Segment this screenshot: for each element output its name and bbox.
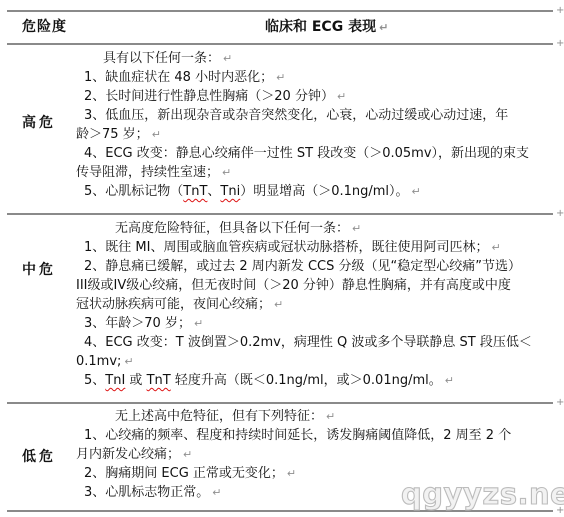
paragraph-mark-icon: ↵: [326, 410, 335, 423]
text-segment: 2、长时间进行性静息性胸痛（＞20 分钟）: [84, 89, 334, 104]
paragraph-mark-icon: ↵: [287, 467, 296, 480]
site-watermark: qgyyzs.net: [401, 477, 564, 511]
text-segment: 无高度危险特征，但具备以下任何一条：: [115, 221, 349, 236]
paragraph-mark-icon: ↵: [337, 90, 346, 103]
text-segment: 或: [125, 373, 146, 388]
paragraph-mark-icon: ↵: [222, 166, 231, 179]
text-segment: 5、: [84, 373, 105, 388]
text-segment: 无上述高中危特征，但有下列特征：: [115, 409, 323, 424]
paragraph-mark-icon: ↵: [124, 355, 133, 368]
content-line: 3、年龄＞70 岁；↵: [76, 314, 560, 333]
content-line: 4、ECG 改变：静息心绞痛伴一过性 ST 段改变（＞0.05mv），新出现的束…: [76, 144, 560, 163]
content-line: 4、ECG 改变：T 波倒置＞0.2mv，病理性 Q 波或多个导联静息 ST 段…: [76, 333, 560, 352]
content-line: 1、缺血症状在 48 小时内恶化；↵: [76, 68, 560, 87]
text-segment: 1、心绞痛的频率、程度和持续时间延长，诱发胸痛阈值降低，2 周至 2 个: [84, 428, 511, 443]
text-segment: 1、缺血症状在 48 小时内恶化；: [84, 70, 273, 85]
risk-label-medium: 中危: [22, 259, 56, 279]
text-segment: 月内新发心绞痛；: [76, 447, 180, 462]
row-end-marker: +: [556, 6, 564, 16]
misspelled-word: TnT: [147, 373, 171, 388]
text-segment: 具有以下任何一条：: [103, 51, 220, 66]
content-line: 无高度危险特征，但具备以下任何一条：↵: [76, 219, 560, 238]
content-line: 5、TnI 或 TnT 轻度升高（既＜0.1ng/ml，或＞0.01ng/ml。…: [76, 371, 560, 390]
text-segment: 3、年龄＞70 岁；: [84, 316, 191, 331]
paragraph-mark-icon: ↵: [412, 185, 421, 198]
paragraph-mark-icon: ↵: [445, 374, 454, 387]
header-bottom-border: [7, 43, 553, 45]
content-line: 5、心肌标记物（TnT、Tni）明显增高（＞0.1ng/ml）。↵: [76, 182, 560, 201]
content-line: 无上述高中危特征，但有下列特征：↵: [76, 407, 560, 426]
header-clinical-text: 临床和 ECG 表现: [265, 19, 376, 35]
content-line: 1、心绞痛的频率、程度和持续时间延长，诱发胸痛阈值降低，2 周至 2 个: [76, 426, 560, 445]
content-line: 月内新发心绞痛；↵: [76, 445, 560, 464]
high-risk-criteria-cell: 具有以下任何一条：↵1、缺血症状在 48 小时内恶化；↵2、长时间进行性静息性胸…: [76, 49, 560, 201]
text-segment: 2、静息痛已缓解，或过去 2 周内新发 CCS 分级（见“稳定型心绞痛”节选）: [84, 259, 521, 274]
medium-risk-criteria-cell: 无高度危险特征，但具备以下任何一条：↵1、既往 MI、周围或脑血管疾病或冠状动脉…: [76, 219, 560, 390]
paragraph-mark-icon: ↵: [352, 222, 361, 235]
table-top-border: [7, 10, 553, 12]
header-clinical-column-label: 临床和 ECG 表现↵: [265, 16, 388, 36]
text-segment: ）明显增高（＞0.1ng/ml）。: [240, 184, 408, 199]
content-line: 2、静息痛已缓解，或过去 2 周内新发 CCS 分级（见“稳定型心绞痛”节选）: [76, 257, 560, 276]
text-segment: 3、低血压，新出现杂音或杂音突然变化，心衰，心动过缓或心动过速，年: [84, 108, 508, 123]
text-segment: III级或IV级心绞痛，但无夜时间（＞20 分钟）静息性胸痛，并有高度或中度: [76, 278, 511, 293]
content-line: 1、既往 MI、周围或脑血管疾病或冠状动脉搭桥，既往使用阿司匹林；↵: [76, 238, 560, 257]
text-segment: 轻度升高（既＜0.1ng/ml，或＞0.01ng/ml。: [171, 373, 442, 388]
paragraph-mark-icon: ↵: [212, 486, 221, 499]
risk-label-low: 低危: [22, 446, 56, 466]
content-line: 3、低血压，新出现杂音或杂音突然变化，心衰，心动过缓或心动过速，年: [76, 106, 560, 125]
paragraph-mark-icon: ↵: [223, 52, 232, 65]
content-line: 龄＞75 岁；↵: [76, 125, 560, 144]
content-line: III级或IV级心绞痛，但无夜时间（＞20 分钟）静息性胸痛，并有高度或中度: [76, 276, 560, 295]
paragraph-mark-icon: ↵: [379, 21, 388, 34]
row-end-marker: +: [556, 39, 564, 49]
high-mid-row-divider: [7, 213, 553, 215]
text-segment: 龄＞75 岁；: [76, 127, 149, 142]
content-line: 传导阻滞，持续性室速；↵: [76, 163, 560, 182]
content-line: 具有以下任何一条：↵: [76, 49, 560, 68]
misspelled-word: TnI: [105, 373, 125, 388]
paragraph-mark-icon: ↵: [276, 71, 285, 84]
paragraph-mark-icon: ↵: [194, 317, 203, 330]
paragraph-mark-icon: ↵: [274, 298, 283, 311]
content-line: 冠状动脉疾病可能，夜间心绞痛；↵: [76, 295, 560, 314]
misspelled-word: TnT: [183, 184, 207, 199]
content-line: 0.1mv;↵: [76, 352, 560, 371]
paragraph-mark-icon: ↵: [152, 128, 161, 141]
misspelled-word: Tni: [220, 184, 240, 199]
text-segment: 5、心肌标记物（: [84, 184, 183, 199]
risk-label-high: 高危: [22, 112, 56, 132]
text-segment: 0.1mv;: [76, 354, 121, 369]
text-segment: 传导阻滞，持续性室速；: [76, 165, 219, 180]
paragraph-mark-icon: ↵: [491, 241, 500, 254]
text-segment: 、: [207, 184, 220, 199]
text-segment: 2、胸痛期间 ECG 正常或无变化；: [84, 466, 284, 481]
document-page: + + + + + 危险度 临床和 ECG 表现↵ 高危 中危 低危 具有以下任…: [0, 0, 564, 517]
text-segment: 冠状动脉疾病可能，夜间心绞痛；: [76, 297, 271, 312]
content-line: 2、长时间进行性静息性胸痛（＞20 分钟）↵: [76, 87, 560, 106]
mid-low-row-divider: [7, 402, 553, 404]
text-segment: 1、既往 MI、周围或脑血管疾病或冠状动脉搭桥，既往使用阿司匹林；: [84, 240, 488, 255]
row-end-marker: +: [556, 209, 564, 219]
text-segment: 3、心肌标志物正常。: [84, 485, 209, 500]
text-segment: 4、ECG 改变：T 波倒置＞0.2mv，病理性 Q 波或多个导联静息 ST 段…: [84, 335, 532, 350]
paragraph-mark-icon: ↵: [183, 448, 192, 461]
text-segment: 4、ECG 改变：静息心绞痛伴一过性 ST 段改变（＞0.05mv），新出现的束…: [84, 146, 529, 161]
header-risk-column-label: 危险度: [22, 16, 67, 36]
